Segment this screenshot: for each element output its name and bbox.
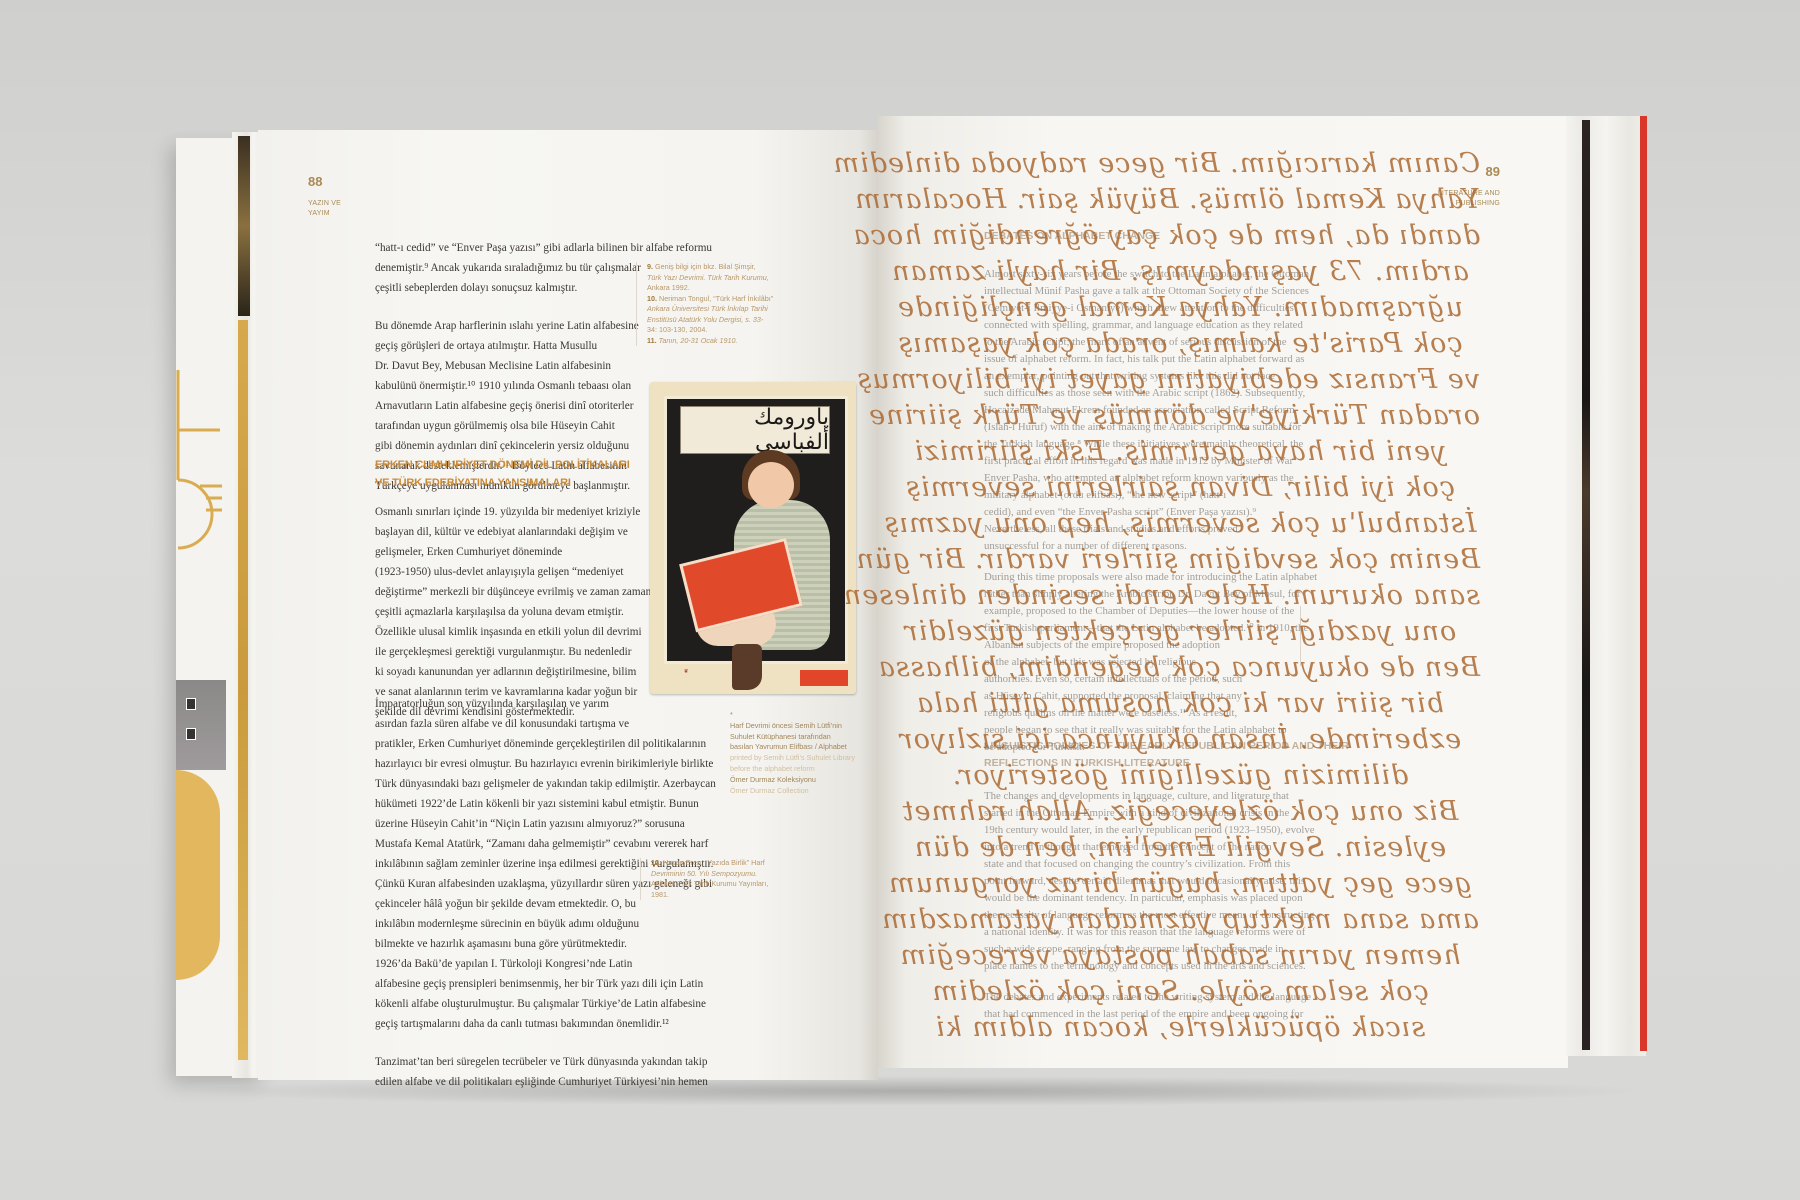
footnotes-9-11: 9. Geniş bilgi için bkz. Bilal Şimşir, T… [636, 262, 807, 346]
english-section-heading: LINGUISTIC POLICIES OF THE EARLY REPUBLI… [984, 738, 1349, 772]
english-heading-top: DEBATES ON ALPHABET CHANGE [984, 228, 1160, 245]
open-book: 88 YAZIN VE YAYIM “hatt-ı cedid” ve “Env… [0, 0, 1800, 1200]
page-edge-gold [238, 320, 248, 1060]
page-number: 88 [308, 174, 348, 189]
paragraph: Almost sixty-six years before the switch… [984, 266, 1364, 555]
paragraph: The debates and experiments related to t… [984, 989, 1364, 1023]
paragraph: Tanzimat’tan beri süregelen tecrübeler v… [375, 1052, 755, 1092]
left-body-lower: İmparatorluğun son yüzyılında karşılaşıl… [375, 694, 755, 1110]
poster-boot [732, 644, 762, 690]
poster-title-banner: یاورومك ألفباسی [680, 406, 830, 454]
poster-price-label [800, 670, 848, 686]
english-footnotes-top [1282, 470, 1392, 510]
section-label: LITERATURE AND PUBLISHING [1420, 189, 1500, 209]
publisher-logo-icon: ❦ [666, 668, 706, 684]
page-edge-photo [238, 136, 250, 316]
english-body-top: Almost sixty-six years before the switch… [984, 266, 1364, 770]
poster-child-face [748, 462, 794, 508]
paragraph: The changes and developments in language… [984, 788, 1364, 975]
cover-building-image [176, 680, 226, 770]
paragraph: Osmanlı sınırları içinde 19. yüzyılda bi… [375, 502, 685, 722]
page-stack-right [1566, 116, 1646, 1056]
left-folio: 88 YAZIN VE YAYIM [308, 174, 348, 219]
figure-alphabet-book-cover: یاورومك ألفباسی ❦ [650, 382, 856, 694]
footnote-12: 12. Hasan Eren, “Yazıda Birlik” Harf Dev… [640, 858, 801, 900]
section-heading: ERKEN CUMHURİYET DÖNEMİ DİL POLİTİKALARI… [375, 456, 675, 492]
english-body-lower: The changes and developments in language… [984, 788, 1364, 1037]
right-folio: 89 LITERATURE AND PUBLISHING [1420, 164, 1500, 209]
figure-caption: * Harf Devrimi öncesi Semih Lütfi’nin Su… [730, 710, 880, 796]
english-footnotes-middle [1300, 606, 1387, 666]
cover-line-art-icon [176, 370, 236, 690]
cover-gold-circle [176, 770, 220, 980]
page-number: 89 [1420, 164, 1500, 179]
page-edge-dark [1582, 120, 1590, 1050]
section-label: YAZIN VE YAYIM [308, 199, 348, 219]
book-cover-edge-red [1640, 116, 1647, 1051]
